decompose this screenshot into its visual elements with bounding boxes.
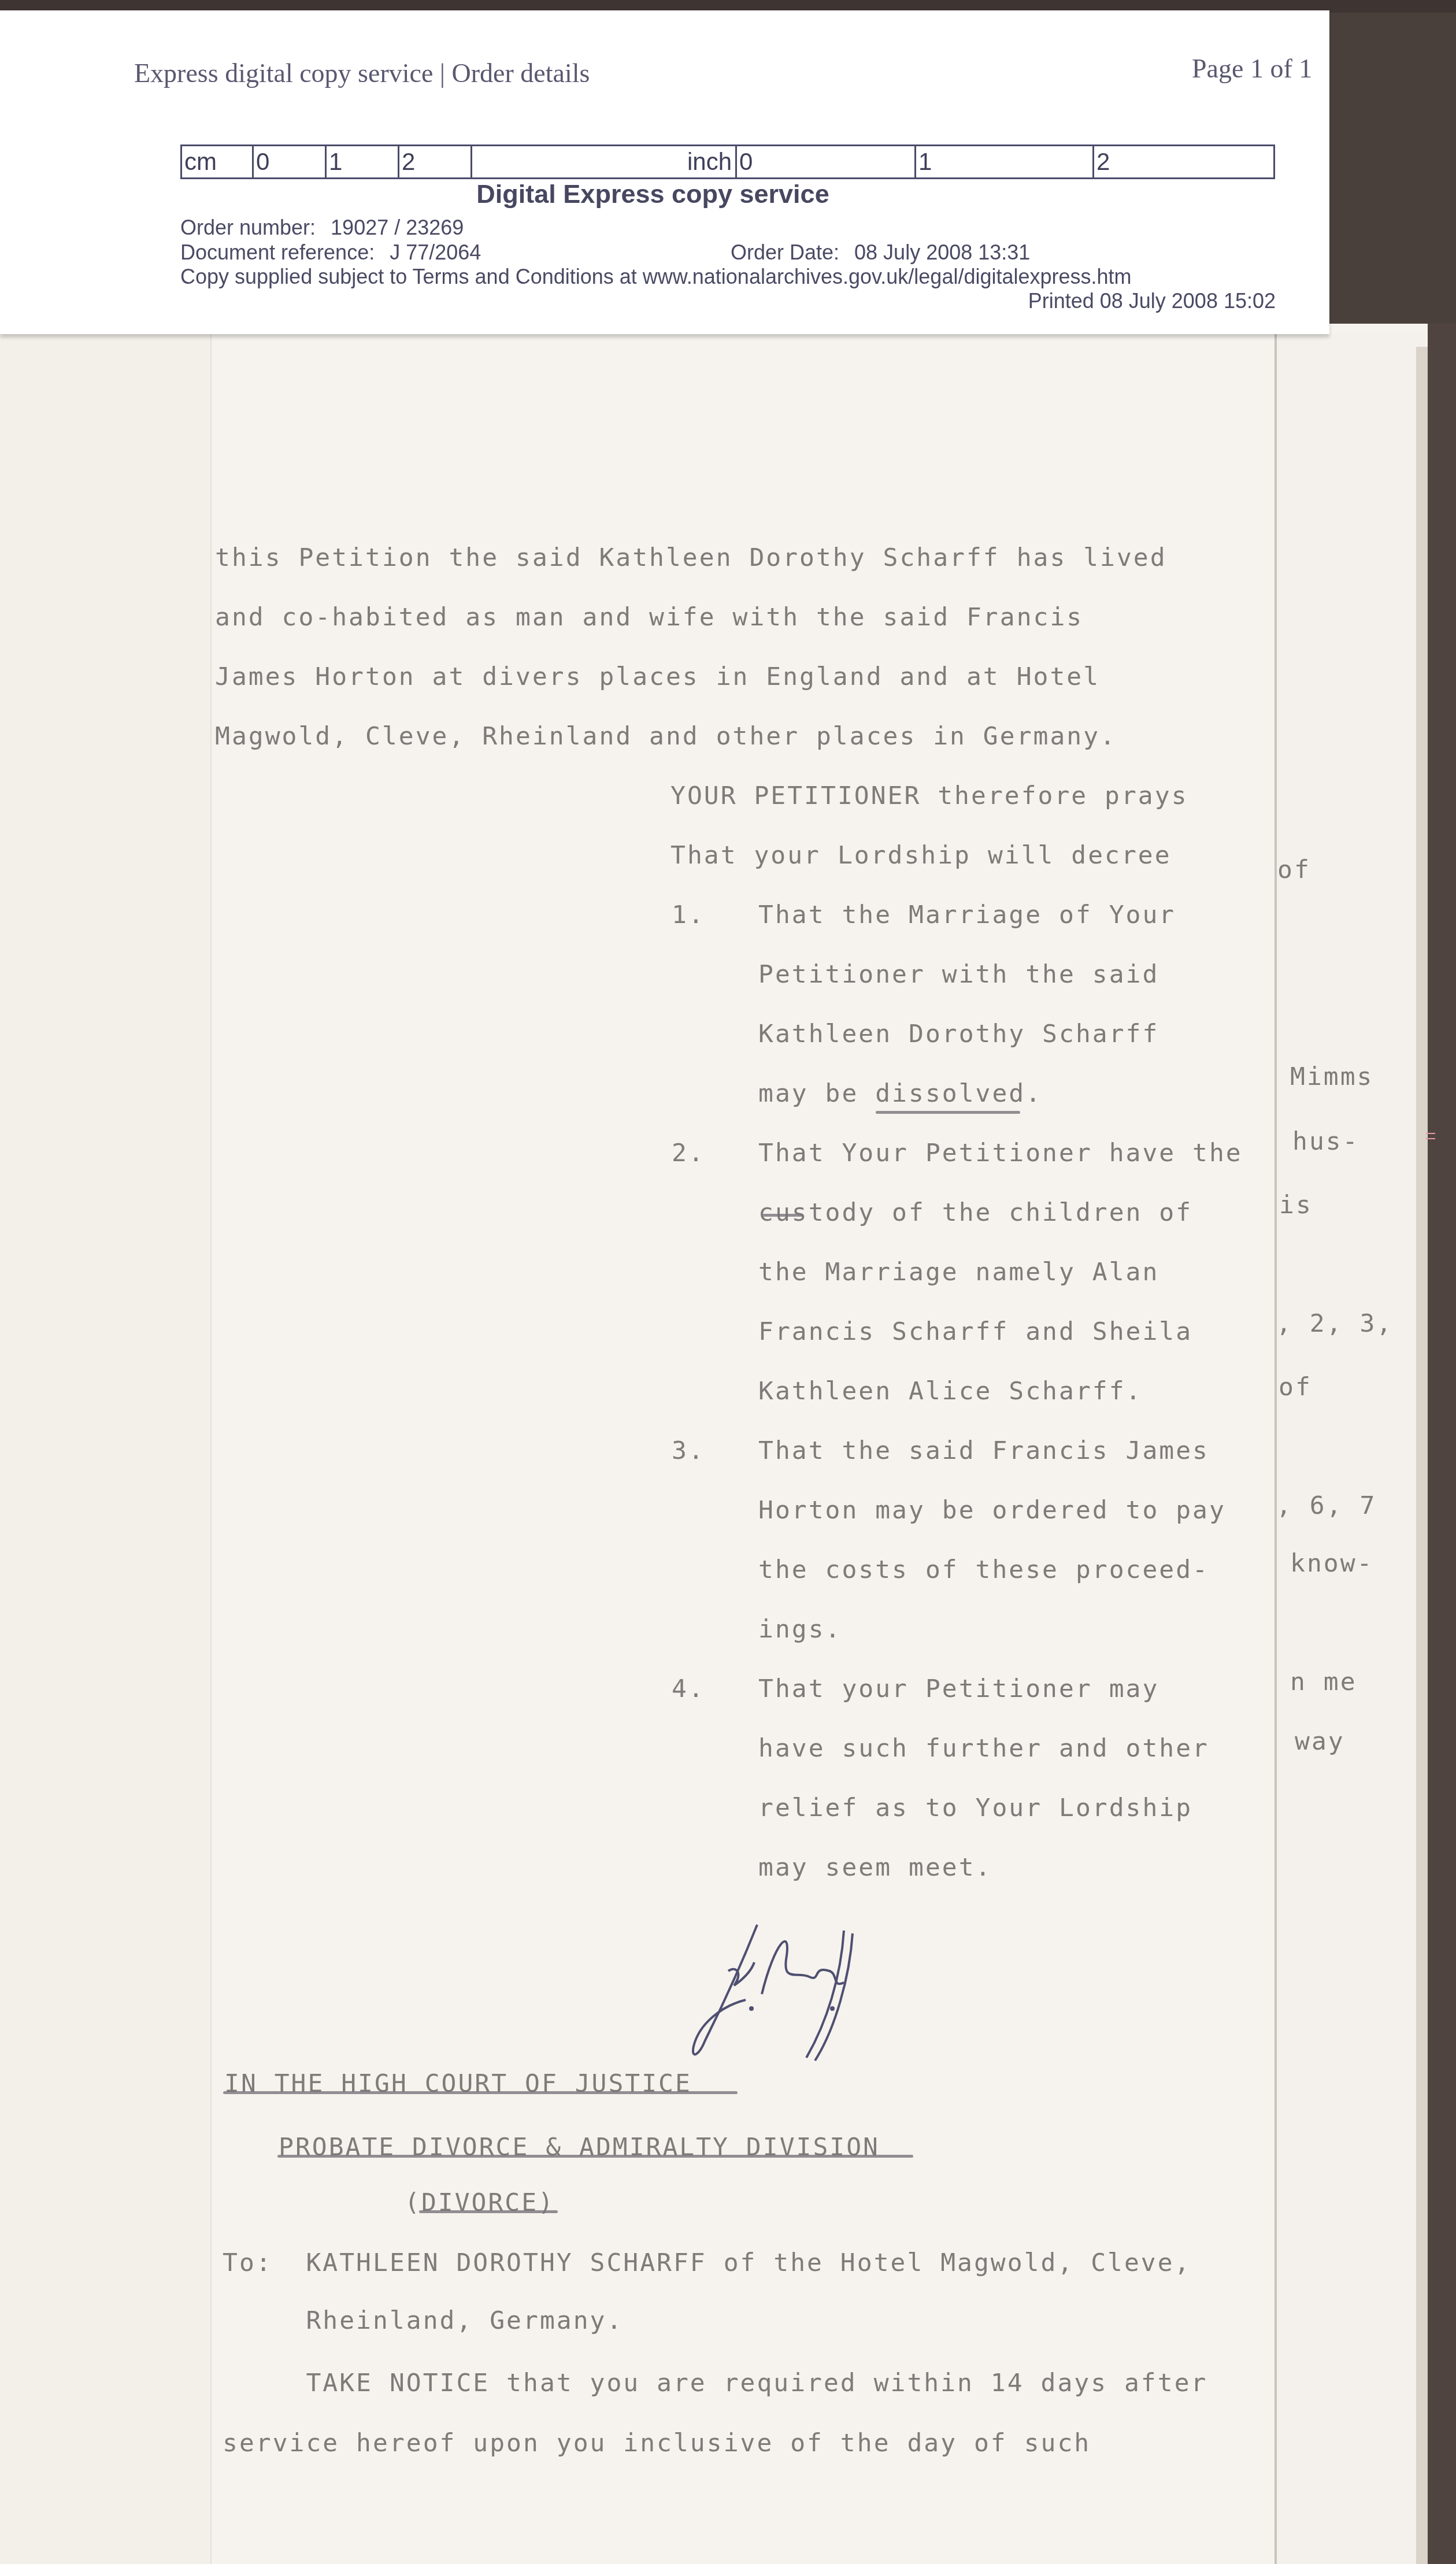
prayer-line: That the said Francis James	[758, 1436, 1209, 1465]
underlying-page-strip	[1277, 332, 1426, 2564]
underlying-page-fragment: of	[1279, 1373, 1312, 1402]
page-left-margin	[0, 324, 211, 2564]
ruler-inch-tick: 0	[737, 146, 916, 177]
page-edge-shadow	[1416, 347, 1429, 2564]
ruler-inch-tick: 2	[1094, 146, 1273, 177]
document-reference-row: Document reference:J 77/2064	[180, 240, 481, 265]
handwritten-underline	[223, 2091, 738, 2094]
underlying-page-fragment: , 6, 7	[1276, 1491, 1376, 1520]
document-viewer: Express digital copy service | Order det…	[0, 0, 1456, 2564]
notice-line: Rheinland, Germany.	[223, 2306, 623, 2335]
ruler-cm-tick: 2	[399, 146, 472, 177]
underlying-page-fragment: way	[1295, 1727, 1345, 1756]
petition-line: Magwold, Cleve, Rheinland and other plac…	[215, 722, 1117, 751]
order-number-label: Order number:	[180, 216, 316, 239]
prayer-line: may be dissolved.	[758, 1079, 1042, 1108]
service-title: Digital Express copy service	[0, 179, 1456, 209]
header-title: Express digital copy service | Order det…	[134, 58, 590, 88]
notice-line: TAKE NOTICE that you are required within…	[223, 2369, 1207, 2398]
prayer-line: That Your Petitioner have the	[758, 1139, 1243, 1168]
binding-edge	[1428, 324, 1456, 2564]
order-number-row: Order number:19027 / 23269	[180, 216, 464, 240]
prayer-line: Kathleen Alice Scharff.	[758, 1377, 1142, 1406]
document-page	[0, 324, 1432, 2564]
petition-line: and co-habited as man and wife with the …	[215, 603, 1083, 632]
prayer-line: may seem meet.	[758, 1853, 992, 1882]
document-reference-label: Document reference:	[180, 240, 375, 264]
underlying-page-fragment: n me	[1290, 1668, 1357, 1696]
prayer-intro-line: That your Lordship will decree	[670, 841, 1172, 870]
order-details-header: Express digital copy service | Order det…	[0, 10, 1329, 334]
order-date-value: 08 July 2008 13:31	[854, 240, 1030, 264]
prayer-number: 1.	[672, 901, 705, 929]
page-fold-divider	[1275, 332, 1277, 2564]
prayer-line: the costs of these proceed-	[758, 1555, 1209, 1584]
prayer-line: Petitioner with the said	[758, 960, 1159, 989]
order-number-value: 19027 / 23269	[331, 216, 464, 239]
underlying-page-fragment: is	[1279, 1191, 1313, 1220]
underlying-page-fragment: hus-	[1292, 1127, 1359, 1156]
underlying-page-fragment: Mimms	[1290, 1062, 1373, 1091]
prayer-line: That your Petitioner may	[758, 1674, 1159, 1703]
prayer-number: 4.	[672, 1674, 705, 1703]
page-indicator: Page 1 of 1	[1192, 53, 1312, 84]
prayer-line: custody of the children of	[758, 1198, 1192, 1227]
petition-line: this Petition the said Kathleen Dorothy …	[215, 543, 1167, 572]
handwritten-underline	[419, 2210, 558, 2213]
page-tab-mark	[1426, 1133, 1435, 1139]
order-date-label: Order Date:	[731, 240, 839, 264]
printed-timestamp: Printed 08 July 2008 15:02	[1028, 289, 1276, 313]
page-margin-line	[210, 324, 212, 2564]
order-date-row: Order Date:08 July 2008 13:31	[731, 240, 1030, 265]
underlying-page-fragment: know-	[1290, 1549, 1373, 1578]
prayer-line: ings.	[758, 1615, 842, 1644]
handwritten-underline	[763, 1214, 803, 1217]
ruler-cm-tick: 0	[254, 146, 327, 177]
underlying-page-fragment: of	[1277, 855, 1311, 884]
ruler-cm-tick: 1	[327, 146, 399, 177]
notice-line: To: KATHLEEN DOROTHY SCHARFF of the Hote…	[223, 2248, 1191, 2277]
prayer-line: the Marriage namely Alan	[758, 1258, 1159, 1287]
prayer-intro-line: YOUR PETITIONER therefore prays	[670, 781, 1188, 810]
notice-line: service hereof upon you inclusive of the…	[223, 2429, 1091, 2458]
handwritten-underline	[277, 2155, 913, 2158]
document-reference-value: J 77/2064	[390, 240, 481, 264]
prayer-number: 3.	[672, 1436, 705, 1465]
handwritten-underline	[876, 1111, 1020, 1114]
terms-link[interactable]: Copy supplied subject to Terms and Condi…	[180, 265, 1132, 289]
petition-line: James Horton at divers places in England…	[215, 662, 1100, 691]
prayer-line: That the Marriage of Your	[758, 901, 1176, 929]
prayer-line: relief as to Your Lordship	[758, 1794, 1192, 1822]
ruler-inch-tick: 1	[916, 146, 1094, 177]
prayer-line: Horton may be ordered to pay	[758, 1496, 1226, 1525]
ruler-cm-label: cm	[182, 146, 254, 177]
scale-ruler: cm 0 1 2 inch 0 1 2	[180, 144, 1275, 179]
prayer-line: Francis Scharff and Sheila	[758, 1317, 1192, 1346]
ruler-inch-label: inch	[472, 146, 737, 177]
signature-icon	[613, 1907, 936, 2069]
underlying-page-fragment: , 2, 3,	[1276, 1309, 1393, 1338]
prayer-line: Kathleen Dorothy Scharff	[758, 1020, 1159, 1048]
prayer-number: 2.	[672, 1139, 705, 1168]
prayer-line: have such further and other	[758, 1734, 1209, 1763]
